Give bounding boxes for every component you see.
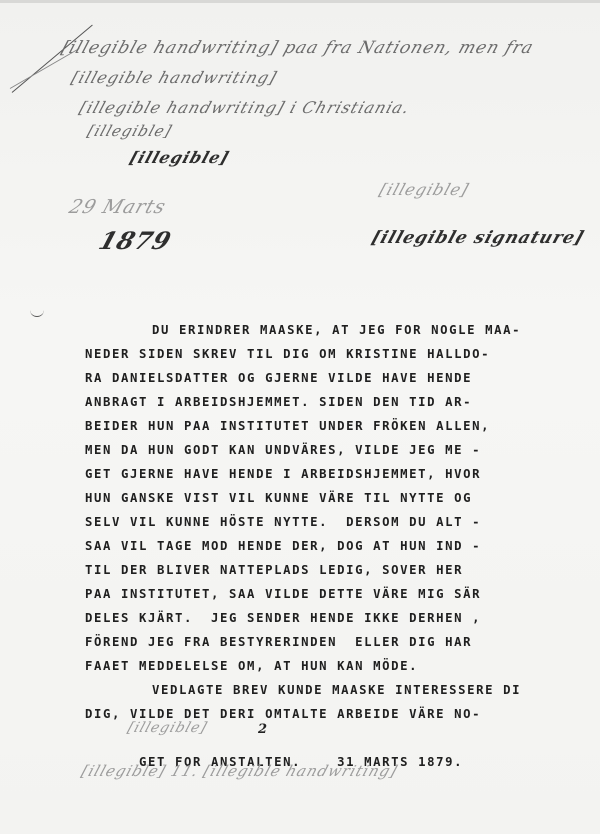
typed-line: SAA VIL TAGE MOD HENDE DER, DOG AT HUN I… bbox=[85, 534, 556, 558]
typed-line: RA DANIELSDATTER OG GJERNE VILDE HAVE HE… bbox=[85, 366, 556, 390]
typed-line: HUN GANSKE VIST VIL KUNNE VÄRE TIL NYTTE… bbox=[85, 486, 556, 510]
typed-line: TIL DER BLIVER NATTEPLADS LEDIG, SOVER H… bbox=[85, 558, 556, 582]
handwritten-line: [illegible handwriting] i Christiania. bbox=[77, 98, 413, 117]
handwritten-date-day: 29 Marts bbox=[66, 196, 169, 218]
handwritten-signature: [illegible signature] bbox=[369, 228, 587, 248]
typed-line: DELES KJÄRT. JEG SENDER HENDE IKKE DERHE… bbox=[85, 606, 556, 630]
typed-line: FAAET MEDDELELSE OM, AT HUN KAN MÖDE. bbox=[85, 654, 556, 678]
letter-page: [illegible handwriting] paa fra Nationen… bbox=[0, 0, 600, 834]
typed-line: ANBRAGT I ARBEIDSHJEMMET. SIDEN DEN TID … bbox=[85, 390, 556, 414]
handwritten-line: [illegible] bbox=[85, 122, 175, 140]
typed-body: DU ERINDRER MAASKE, AT JEG FOR NOGLE MAA… bbox=[116, 318, 556, 750]
paper-top-edge bbox=[0, 0, 600, 3]
typed-line: MEN DA HUN GODT KAN UNDVÄRES, VILDE JEG … bbox=[85, 438, 556, 462]
handwritten-line: [illegible handwriting] paa fra Nationen… bbox=[59, 38, 537, 58]
handwritten-line: [illegible handwriting] bbox=[69, 68, 280, 87]
typed-line: SELV VIL KUNNE HÖSTE NYTTE. DERSOM DU AL… bbox=[85, 510, 556, 534]
typed-line: NEDER SIDEN SKREV TIL DIG OM KRISTINE HA… bbox=[85, 342, 556, 366]
handwritten-line: [illegible] bbox=[127, 148, 232, 167]
handwritten-footer-line: [illegible] 11. [illegible handwriting] bbox=[79, 762, 400, 780]
handwritten-date-year: 1879 bbox=[95, 226, 175, 255]
typed-line: GET GJERNE HAVE HENDE I ARBEIDSHJEMMET, … bbox=[85, 462, 556, 486]
typed-line: BEIDER HUN PAA INSTITUTET UNDER FRÖKEN A… bbox=[85, 414, 556, 438]
typed-line: VEDLAGTE BREV KUNDE MAASKE INTERESSERE D… bbox=[116, 678, 556, 702]
typed-line: DU ERINDRER MAASKE, AT JEG FOR NOGLE MAA… bbox=[116, 318, 556, 342]
handwritten-closing: [illegible] bbox=[377, 180, 472, 199]
typed-line: FÖREND JEG FRA BESTYRERINDEN ELLER DIG H… bbox=[85, 630, 556, 654]
pen-curl-mark bbox=[30, 308, 44, 317]
handwritten-footer-line: [illegible] bbox=[125, 720, 209, 736]
typed-line: PAA INSTITUTET, SAA VILDE DETTE VÄRE MIG… bbox=[85, 582, 556, 606]
handwritten-footnote-mark: 2 bbox=[258, 718, 269, 742]
